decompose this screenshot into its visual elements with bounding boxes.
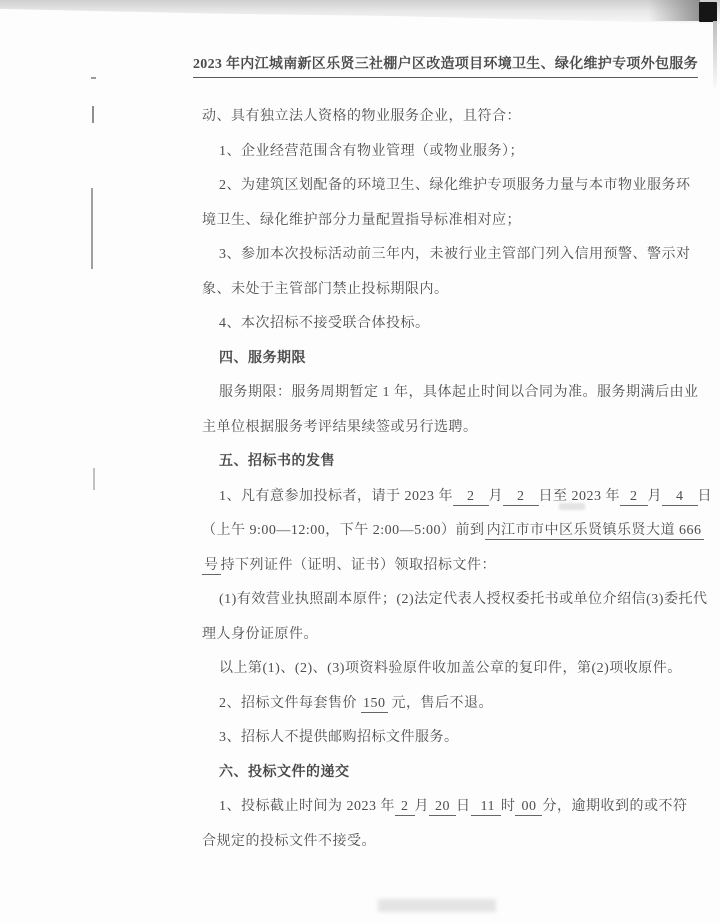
text-run: 日至 2023 年 (539, 489, 621, 504)
text-run: 主单位根据服务考评结果续签或另行选聘。 (202, 420, 478, 435)
doc-line: 3、招标人不提供邮购招标文件服务。 (202, 721, 720, 756)
underlined-field: 4 (662, 489, 698, 506)
doc-line: 以上第(1)、(2)、(3)项资料验原件收加盖公章的复印件，第(2)项收原件。 (202, 652, 720, 687)
underlined-field: 2 (620, 489, 648, 506)
doc-line: 1、凡有意参加投标者，请于 2023 年 2 月 2 日至 2023 年 2 月… (202, 480, 720, 515)
doc-line: 3、参加本次投标活动前三年内，未被行业主管部门列入信用预警、警示对 (202, 238, 720, 273)
text-run: 合规定的投标文件不接受。 (202, 834, 376, 849)
text-run: 1、企业经营范围含有物业管理（或物业服务）； (219, 144, 524, 159)
text-run: 持下列证件（证明、证书）领取招标文件： (221, 558, 497, 573)
text-run: 4、本次招标不接受联合体投标。 (219, 316, 430, 331)
scan-artifact-dash (91, 77, 96, 79)
doc-line: 合规定的投标文件不接受。 (202, 825, 720, 860)
scan-artifact-tick (92, 106, 94, 123)
doc-line: 号持下列证件（证明、证书）领取招标文件： (202, 549, 720, 584)
doc-line: 境卫生、绿化维护部分力量配置指导标准相对应； (202, 204, 720, 239)
doc-line: 1、投标截止时间为 2023 年 2 月 20 日 11 时 00 分，逾期收到… (202, 790, 720, 825)
text-run: 境卫生、绿化维护部分力量配置指导标准相对应； (202, 213, 521, 228)
scan-edge-right (713, 21, 717, 91)
text-run: 四、服务期限 (219, 351, 306, 366)
doc-line: 服务期限：服务周期暂定 1 年，具体起止时间以合同为准。服务期满后由业 (202, 376, 720, 411)
scan-corner-mark (699, 2, 717, 22)
doc-line: 2、招标文件每套售价 150 元，售后不退。 (202, 687, 720, 722)
text-run: 1、投标截止时间为 2023 年 (219, 799, 395, 814)
doc-line: (1)有效营业执照副本原件；(2)法定代表人授权委托书或单位介绍信(3)委托代 (202, 583, 720, 618)
underlined-field: 2 (453, 489, 489, 506)
underlined-field: 20 (429, 799, 456, 816)
text-run: 2、招标文件每套售价 (219, 696, 361, 711)
doc-line: 理人身份证原件。 (202, 618, 720, 653)
doc-line: 象、未处于主管部门禁止投标期限内。 (202, 273, 720, 308)
doc-line: 4、本次招标不接受联合体投标。 (202, 307, 720, 342)
text-run: 3、参加本次投标活动前三年内，未被行业主管部门列入信用预警、警示对 (219, 247, 691, 262)
text-run: 理人身份证原件。 (202, 627, 318, 642)
doc-line: 1、企业经营范围含有物业管理（或物业服务）； (202, 135, 720, 170)
scan-artifact-tick-2 (93, 468, 95, 490)
text-run: 时 (501, 799, 516, 814)
text-run: 服务期限：服务周期暂定 1 年，具体起止时间以合同为准。服务期满后由业 (219, 385, 699, 400)
scan-artifact-smudge-bottom (378, 899, 496, 912)
underlined-field: 150 (361, 696, 388, 713)
text-run: 以上第(1)、(2)、(3)项资料验原件收加盖公章的复印件，第(2)项收原件。 (219, 661, 682, 676)
text-run: 月 (648, 489, 663, 504)
section-heading-line: 四、服务期限 (202, 342, 720, 377)
section-heading-line: 六、投标文件的递交 (202, 756, 720, 791)
text-run: 月 (489, 489, 504, 504)
underlined-field: 2 (503, 489, 539, 506)
text-run: 日 (456, 799, 471, 814)
scanned-document-page: 2023 年内江城南新区乐贤三社棚户区改造项目环境卫生、绿化维护专项外包服务 动… (0, 0, 720, 923)
section-heading-line: 五、招标书的发售 (202, 445, 720, 480)
text-run: 分，逾期收到的或不符 (542, 799, 687, 814)
scan-artifact-line (91, 188, 93, 269)
text-run: （上午 9:00—12:00，下午 2:00—5:00）前到 (202, 523, 485, 538)
document-body: 动、具有独立法人资格的物业服务企业，且符合：1、企业经营范围含有物业管理（或物业… (202, 100, 720, 859)
doc-line: 动、具有独立法人资格的物业服务企业，且符合： (202, 100, 720, 135)
doc-line: （上午 9:00—12:00，下午 2:00—5:00）前到内江市市中区乐贤镇乐… (202, 514, 720, 549)
text-run: (1)有效营业执照副本原件；(2)法定代表人授权委托书或单位介绍信(3)委托代 (219, 592, 707, 607)
underlined-field: 00 (515, 799, 542, 816)
underlined-field: 号 (202, 558, 221, 575)
doc-line: 2、为建筑区划配备的环境卫生、绿化维护专项服务力量与本市物业服务环 (202, 169, 720, 204)
text-run: 六、投标文件的递交 (219, 765, 350, 780)
text-run: 1、凡有意参加投标者，请于 2023 年 (219, 489, 453, 504)
text-run: 月 (415, 799, 430, 814)
text-run: 2、为建筑区划配备的环境卫生、绿化维护专项服务力量与本市物业服务环 (219, 178, 691, 193)
text-run: 元，售后不退。 (388, 696, 494, 711)
underlined-field: 内江市市中区乐贤镇乐贤大道 666 (485, 523, 704, 540)
text-run: 动、具有独立法人资格的物业服务企业，且符合： (202, 109, 521, 124)
scan-corner-shadow (648, 0, 700, 21)
text-run: 3、招标人不提供邮购招标文件服务。 (219, 730, 459, 745)
text-run: 象、未处于主管部门禁止投标期限内。 (202, 282, 449, 297)
text-run: 五、招标书的发售 (219, 454, 335, 469)
document-title: 2023 年内江城南新区乐贤三社棚户区改造项目环境卫生、绿化维护专项外包服务 (193, 56, 698, 78)
underlined-field: 11 (471, 799, 501, 816)
doc-line: 主单位根据服务考评结果续签或另行选聘。 (202, 411, 720, 446)
scan-edge-shadow-top (0, 0, 720, 26)
text-run: 日 (698, 489, 713, 504)
underlined-field: 2 (395, 799, 415, 816)
